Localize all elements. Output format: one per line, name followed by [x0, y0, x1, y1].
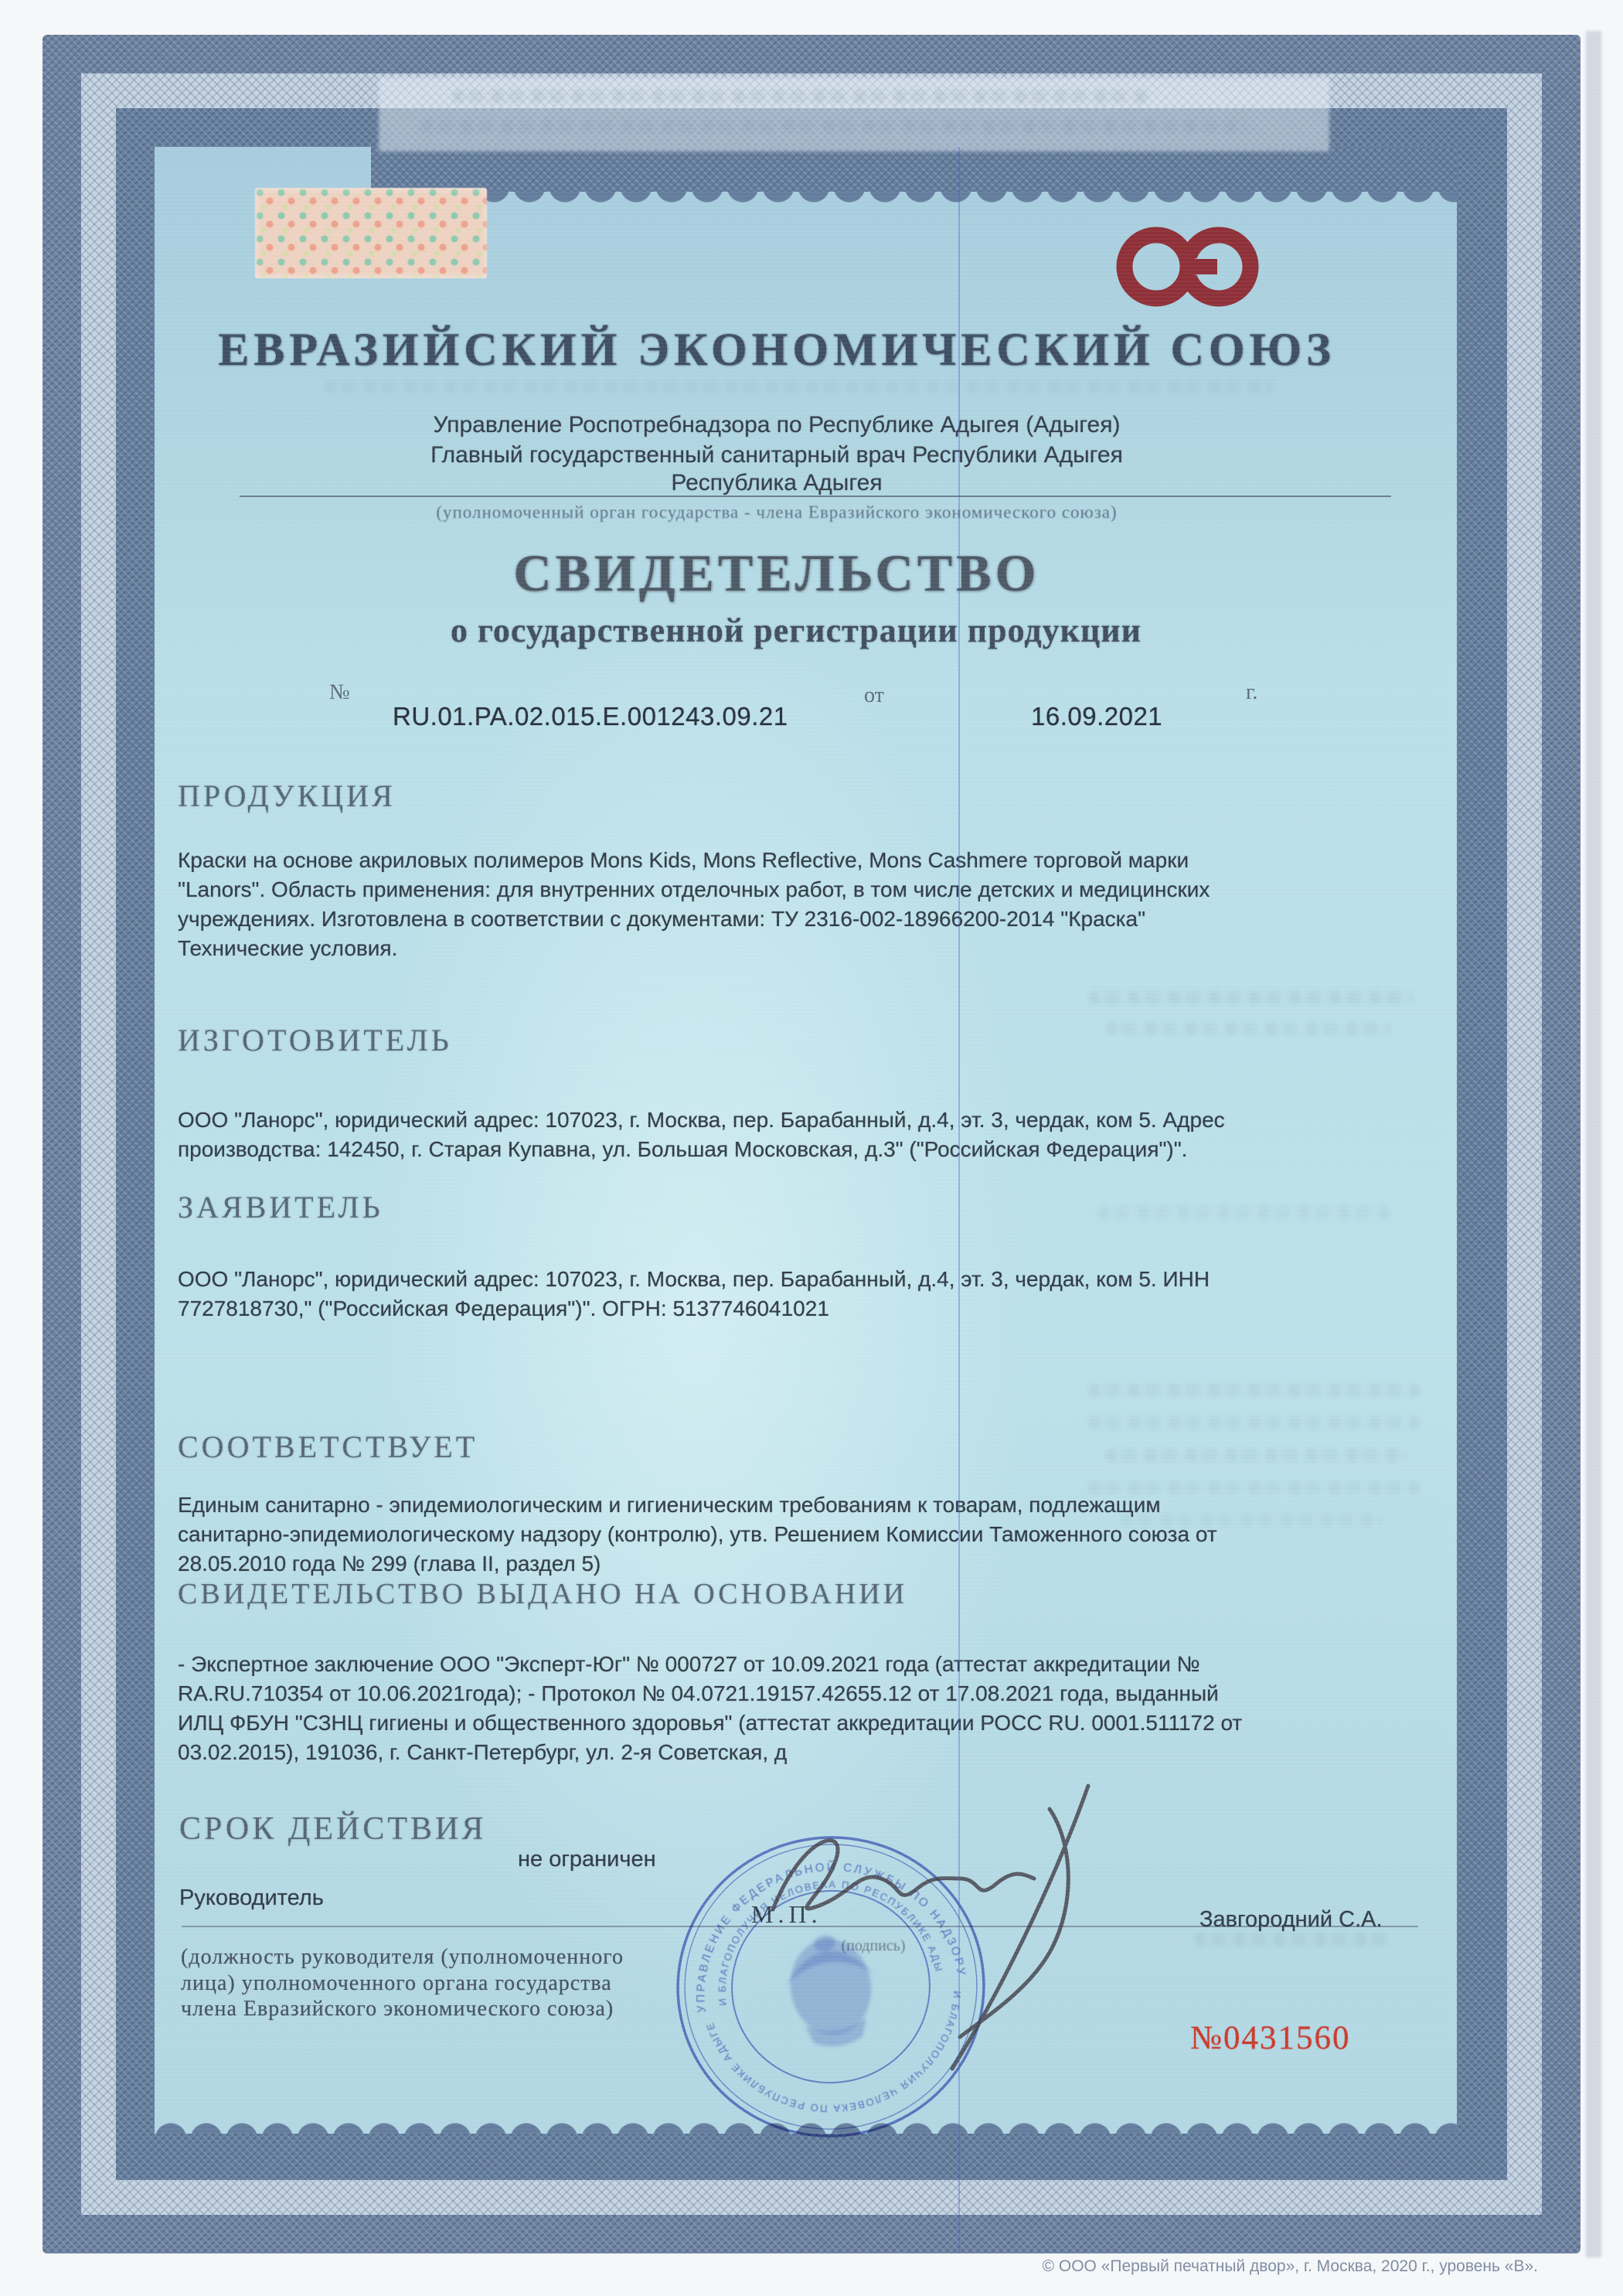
hologram-sticker-icon — [255, 188, 487, 278]
ghost-text-smudge — [1097, 1206, 1391, 1219]
signature-ink-icon — [719, 1763, 1136, 2095]
year-label: г. — [1246, 680, 1257, 705]
basis-line: RA.RU.710354 от 10.06.2021года); - Прото… — [178, 1679, 1399, 1709]
manufacturer-line: ООО "Ланорс", юридический адрес: 107023,… — [178, 1105, 1399, 1136]
basis-line: - Экспертное заключение ООО "Эксперт-Юг"… — [178, 1650, 1399, 1680]
manufacturer-heading: ИЗГОТОВИТЕЛЬ — [178, 1022, 452, 1058]
conforms-line: санитарно-эпидемиологическому надзору (к… — [178, 1520, 1399, 1550]
ghost-text-smudge — [1105, 1449, 1407, 1462]
number-label: № — [329, 680, 350, 705]
printer-copyright: © ООО «Первый печатный двор», г. Москва,… — [773, 2257, 1538, 2276]
product-heading: ПРОДУКЦИЯ — [178, 778, 396, 814]
certificate-title: СВИДЕТЕЛЬСТВО — [155, 543, 1399, 604]
from-label: от — [864, 683, 884, 708]
ghost-text-smudge — [452, 90, 1148, 103]
authority-line: Республика Адыгея — [155, 470, 1399, 496]
role-caption-line: члена Евразийского экономического союза) — [181, 1997, 614, 2022]
authority-line: Главный государственный санитарный врач … — [155, 442, 1399, 468]
ghost-text-smudge — [1194, 1933, 1387, 1946]
certificate-page: ЕВРАЗИЙСКИЙ ЭКОНОМИЧЕСКИЙ СОЮЗ Управлени… — [0, 0, 1623, 2296]
top-ornament-teeth — [371, 192, 1457, 207]
bleedthrough-zone — [379, 77, 1329, 152]
applicant-line: ООО "Ланорс", юридический адрес: 107023,… — [178, 1265, 1399, 1295]
authority-underline — [240, 496, 1391, 497]
basis-heading: СВИДЕТЕЛЬСТВО ВЫДАНО НА ОСНОВАНИИ — [178, 1577, 907, 1611]
product-line: учреждениях. Изготовлена в соответствии … — [178, 904, 1399, 935]
authority-caption: (уполномоченный орган государства - член… — [155, 502, 1399, 523]
applicant-line: 7727818730," ("Российская Федерация")". … — [178, 1294, 1399, 1324]
certificate-subtitle: о государственной регистрации продукции — [155, 611, 1438, 650]
paper-fold-line — [958, 147, 960, 2253]
role-caption-line: (должность руководителя (уполномоченного — [181, 1945, 624, 1970]
applicant-heading: ЗАЯВИТЕЛЬ — [178, 1189, 383, 1225]
product-line: Технические условия. — [178, 934, 1399, 964]
ghost-text-smudge — [1088, 1384, 1421, 1397]
conforms-heading: СООТВЕТСТВУЕТ — [178, 1429, 478, 1465]
ghost-text-smudge — [1088, 991, 1413, 1004]
registration-number: RU.01.PA.02.015.E.001243.09.21 — [393, 702, 788, 731]
authority-line: Управление Роспотребнадзора по Республик… — [155, 412, 1399, 438]
product-line: "Lanors". Область применения: для внутре… — [178, 875, 1399, 905]
ghost-text-smudge — [1088, 1416, 1421, 1429]
union-title: ЕВРАЗИЙСКИЙ ЭКОНОМИЧЕСКИЙ СОЮЗ — [155, 323, 1399, 376]
ghost-text-smudge — [1105, 1022, 1391, 1035]
eaeu-se-mark-icon — [1113, 215, 1275, 319]
ghost-text-smudge — [421, 120, 1248, 133]
manufacturer-line: производства: 142450, г. Старая Купавна,… — [178, 1135, 1399, 1165]
basis-line: ИЛЦ ФБУН "СЗНЦ гигиены и общественного з… — [178, 1708, 1399, 1739]
conforms-line: Единым санитарно - эпидемиологическим и … — [178, 1490, 1399, 1521]
role-caption-line: лица) уполномоченного органа государства — [181, 1971, 612, 1996]
certificate-serial-number: №0431560 — [1190, 2019, 1351, 2057]
registration-date: 16.09.2021 — [1031, 702, 1162, 731]
ghost-text-smudge — [495, 152, 1097, 165]
product-line: Краски на основе акриловых полимеров Mon… — [178, 846, 1399, 876]
validity-heading: СРОК ДЕЙСТВИЯ — [179, 1811, 486, 1848]
signer-name: Завгородний С.А. — [1199, 1905, 1623, 1935]
ghost-text-smudge — [325, 380, 1275, 393]
conforms-line: 28.05.2010 года № 299 (глава II, раздел … — [178, 1549, 1399, 1579]
